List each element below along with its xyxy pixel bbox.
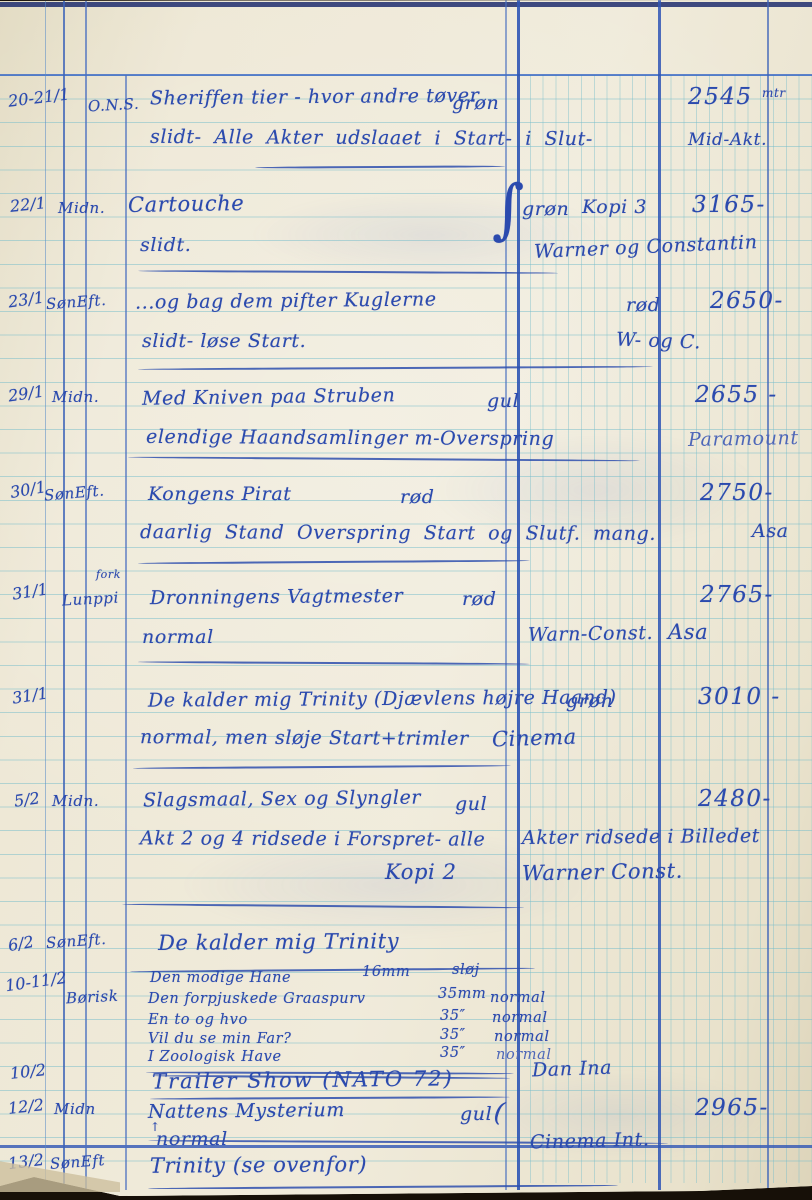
short-film-title: Den forpjuskede Graaspurv — [148, 991, 366, 1007]
copy-number: Kopi 3 — [582, 196, 647, 218]
top-edge-rule — [0, 2, 812, 7]
film-gauge: 35″ — [440, 1008, 466, 1024]
film-title: Trailer Show (NATO 72) — [152, 1066, 454, 1093]
condition-note: normal — [156, 1128, 228, 1150]
film-gauge: 35″ — [440, 1045, 466, 1061]
short-film-title: I Zoologisk Have — [148, 1049, 282, 1065]
film-gauge: 35mm — [438, 986, 486, 1002]
reel-color: gul — [460, 1103, 492, 1125]
entry-date: 12/2 — [7, 1095, 45, 1118]
header-rule — [0, 74, 812, 76]
film-length: 3010 - — [698, 684, 781, 710]
film-length: 2545 — [688, 84, 753, 110]
copy-number: Kopi 2 — [385, 860, 457, 884]
condition-note-right: Mid-Akt. — [688, 130, 767, 150]
film-title: De kalder mig Trinity (Djævlens højre Ha… — [148, 686, 617, 711]
ink-underline — [148, 1184, 618, 1189]
film-condition: sløj — [452, 962, 480, 978]
entry-slot: Midn. — [52, 792, 99, 810]
distributor: Warn-Const. — [528, 622, 654, 646]
film-length: 2480- — [698, 786, 772, 812]
condition-note: Akt 2 og 4 ridsede i Forspret- alle — [140, 827, 485, 850]
distributor: W- og C. — [616, 329, 702, 354]
entry-slot: Børisk — [66, 987, 119, 1008]
film-title: Nattens Mysterium — [148, 1099, 345, 1123]
condition-note: elendige Haandsamlinger m-Overspring — [146, 426, 554, 450]
film-length: 2765- — [700, 582, 774, 608]
film-gauge: 16mm — [362, 964, 410, 980]
film-title: Med Kniven paa Struben — [142, 384, 396, 410]
film-title: Slagsmaal, Sex og Slyngler — [143, 787, 421, 812]
short-film-title: Den modige Hane — [150, 970, 291, 986]
margin-line-4 — [125, 75, 127, 1190]
entry-slot: Midn. — [58, 199, 105, 217]
film-title: Dronningens Vagtmester — [150, 585, 403, 609]
film-condition: normal — [492, 1010, 548, 1026]
distributor: Cinema — [492, 725, 578, 752]
slot-superscript: fork — [96, 568, 121, 581]
entry-slot: Midn. — [52, 388, 99, 406]
reel-color: gul — [487, 390, 519, 412]
film-gauge: 35″ — [440, 1027, 466, 1043]
film-title: Cartouche — [128, 191, 245, 217]
distributor: Dan Ina — [532, 1057, 613, 1082]
film-length: 3165- — [692, 192, 766, 218]
paper-sheet: 20-21/1 O.N.S. Sheriffen tier - hvor and… — [0, 0, 812, 1200]
entry-slot: Lunppi — [62, 589, 120, 610]
reel-color: rød — [462, 588, 496, 610]
film-condition: normal — [494, 1029, 550, 1045]
condition-note: slidt- løse Start. — [142, 330, 306, 352]
reel-color: grøn — [566, 690, 613, 712]
entry-date: 22/1 — [9, 193, 47, 216]
distributor: Paramount — [688, 427, 799, 451]
condition-note: slidt- Alle Akter udslaaet i Start- i Sl… — [150, 126, 593, 150]
film-length: 2750- — [700, 480, 774, 506]
length-unit: mtr — [762, 86, 786, 100]
scanned-ledger-page: 20-21/1 O.N.S. Sheriffen tier - hvor and… — [0, 0, 812, 1200]
film-length: 2650- — [710, 288, 784, 314]
condition-note: daarlig Stand Overspring Start og Slutf.… — [140, 521, 656, 545]
distributor: Asa — [752, 520, 789, 542]
entry-slot: SønEft — [49, 1151, 105, 1173]
short-film-title: Vil du se min Far? — [148, 1031, 292, 1047]
film-title: De kalder mig Trinity — [158, 929, 399, 955]
condition-note: normal, men sløje Start+trimler — [140, 726, 469, 750]
column-line-c — [658, 0, 661, 1190]
entry-date: 5/2 — [13, 788, 41, 810]
film-length: 2655 - — [695, 382, 778, 408]
footer-rule — [0, 1145, 812, 1148]
reel-color: rød — [400, 486, 434, 508]
reel-color: grøn — [452, 92, 499, 114]
reel-color: rød — [626, 294, 660, 316]
film-title: Sheriffen tier - hvor andre tøver — [150, 85, 480, 110]
condition-note: slidt. — [140, 234, 191, 256]
film-condition: normal — [490, 990, 546, 1006]
film-length: 2965- — [695, 1095, 769, 1121]
film-title: Kongens Pirat — [148, 483, 292, 505]
condition-note: normal — [142, 626, 214, 648]
brace-mark: ∫ — [492, 176, 525, 241]
entry-slot: O.N.S. — [88, 95, 140, 116]
distributor-2: Asa — [668, 620, 708, 644]
entry-date: 10/2 — [9, 1060, 47, 1083]
entry-slot: Midn — [54, 1100, 96, 1118]
short-film-title: En to og hvo — [148, 1012, 248, 1028]
film-title: ...og bag dem pifter Kuglerne — [135, 288, 437, 313]
reel-color: grøn — [522, 198, 569, 220]
film-title: Trinity (se ovenfor) — [150, 1152, 367, 1178]
reel-color: gul — [455, 793, 487, 815]
condition-note-right: Akter ridsede i Billedet — [522, 825, 760, 849]
distributor: Warner Const. — [522, 859, 683, 886]
